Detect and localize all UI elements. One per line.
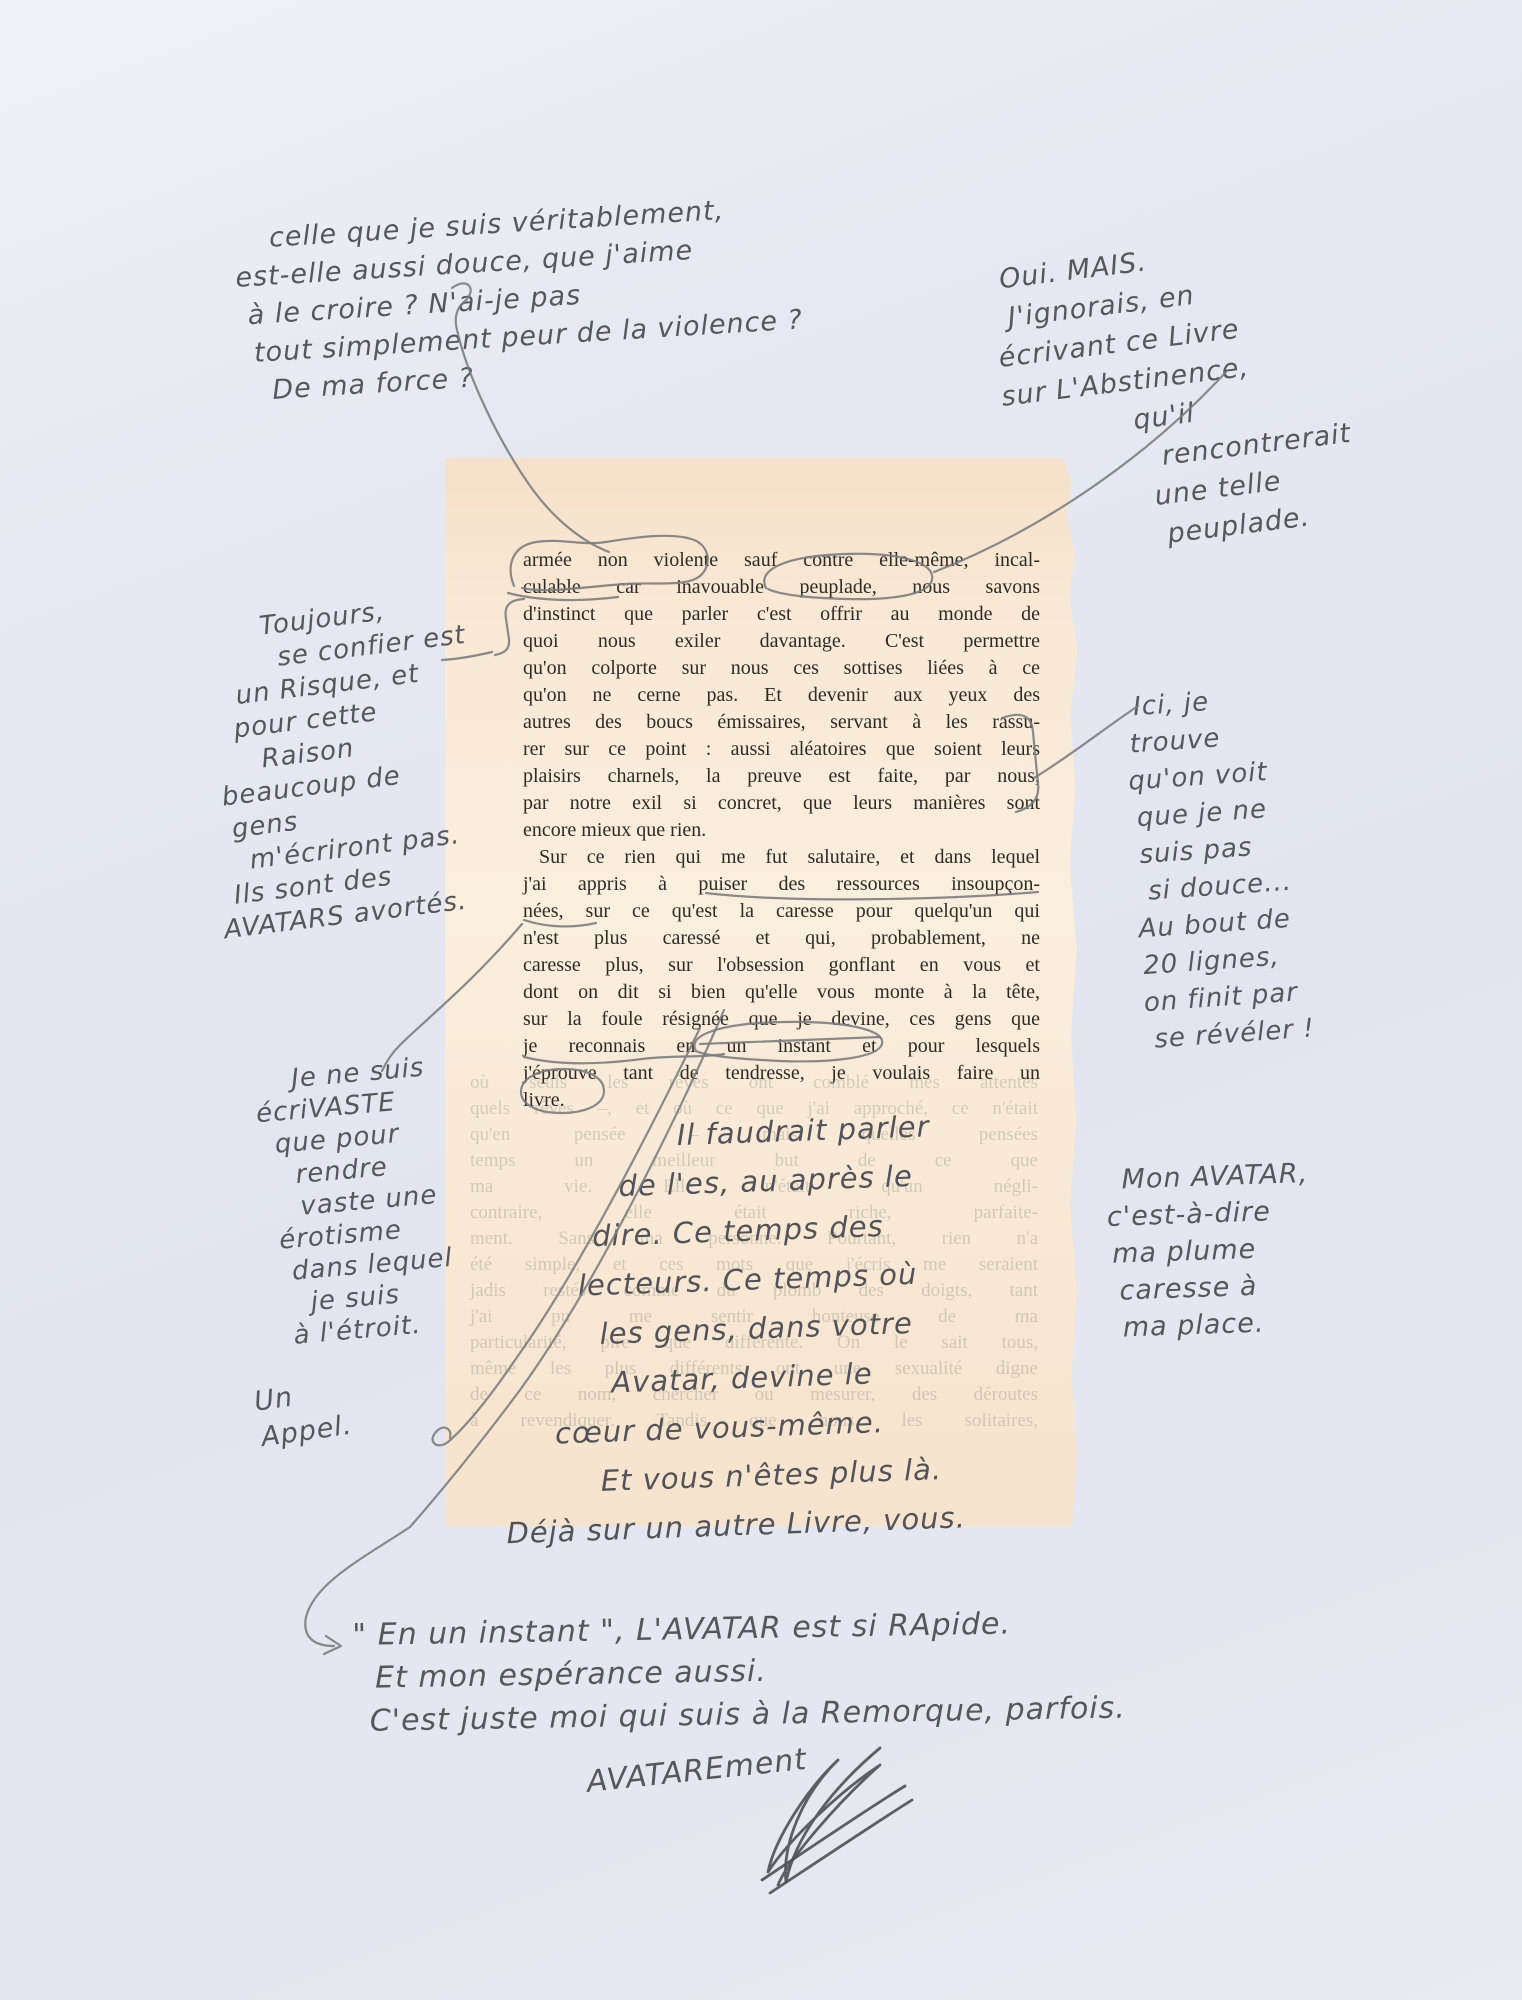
signature-scribble-stroke3-icon — [770, 1800, 912, 1893]
annotation-on-page-line-9: Déjà sur un autre Livre, vous. — [506, 1493, 967, 1558]
annotation-left-middle: Je ne suisécriVASTEque pourrendrevaste u… — [258, 1051, 460, 1353]
printed-line-1: armée non violente sauf contre elle-même… — [523, 547, 1040, 574]
annotation-right-lower-line-1: Mon AVATAR, — [1121, 1155, 1309, 1198]
printed-line-6: qu'on ne cerne pas. Et devenir aux yeux … — [523, 682, 1040, 709]
printed-line-5: qu'on colporte sur nous ces sottises lié… — [523, 655, 1040, 682]
printed-paragraph-2: Sur ce rien qui me fut salutaire, et dan… — [523, 844, 1040, 1114]
annotation-bottom: " En un instant ", L'AVATAR est si RApid… — [352, 1601, 1126, 1743]
annotation-right-lower-line-5: ma place. — [1122, 1303, 1314, 1347]
annotation-left-upper: Toujours,se confier estun Risque, etpour… — [200, 586, 500, 945]
printed-line-8: rer sur ce point : aussi aléatoires que … — [523, 736, 1040, 763]
arrowhead-bottom-icon — [324, 1636, 341, 1654]
printed-line-7: autres des boucs émissaires, servant à l… — [523, 709, 1040, 736]
annotation-right-middle: Ici, jetrouvequ'on voitque je nesuis pas… — [1122, 678, 1316, 1059]
printed-line-7: sur la foule résignée que je devine, ces… — [523, 1006, 1040, 1033]
annotation-top: celle que je suis véritablement,est-elle… — [232, 188, 806, 412]
annotation-right-lower: Mon AVATAR,c'est-à-direma plumecaresse à… — [1105, 1155, 1314, 1347]
printed-line-4: quoi nous exiler davantage. C'est permet… — [523, 628, 1040, 655]
printed-line-8: je reconnais en un instant et pour lesqu… — [523, 1033, 1040, 1060]
printed-line-9: j'éprouve tant de tendresse, je voulais … — [523, 1060, 1040, 1087]
printed-line-2: culable car inavouable peuplade, nous sa… — [523, 574, 1040, 601]
printed-line-4: n'est plus caressé et qui, probablement,… — [523, 925, 1040, 952]
printed-line-2: j'ai appris à puiser des ressources inso… — [523, 871, 1040, 898]
printed-line-10: par notre exil si concret, que leurs man… — [523, 790, 1040, 817]
printed-line-6: dont on dit si bien qu'elle vous monte à… — [523, 979, 1040, 1006]
printed-line-3: nées, sur ce qu'est la caresse pour quel… — [523, 898, 1040, 925]
printed-line-11: encore mieux que rien. — [523, 817, 1040, 844]
annotation-left-lower: UnAppel. — [252, 1372, 355, 1456]
printed-paragraph-1: armée non violente sauf contre elle-même… — [523, 547, 1040, 844]
printed-line-5: caresse plus, sur l'obsession gonflant e… — [523, 952, 1040, 979]
printed-line-9: plaisirs charnels, la preuve est faite, … — [523, 763, 1040, 790]
annotation-on-page: Il faudrait parlerde l'es, au après ledi… — [478, 1101, 967, 1558]
annotation-top-right: Oui. MAIS.J'ignorais, enécrivant ce Livr… — [985, 220, 1363, 571]
printed-line-3: d'instinct que parler c'est offrir au mo… — [523, 601, 1040, 628]
scanned-document: où seuls les rêves ont comblé mes attent… — [0, 0, 1522, 2000]
annotation-closing-word: AVATAREment — [585, 1742, 809, 1800]
printed-line-1: Sur ce rien qui me fut salutaire, et dan… — [523, 844, 1040, 871]
signature-scribble-stroke2-icon — [762, 1786, 905, 1880]
